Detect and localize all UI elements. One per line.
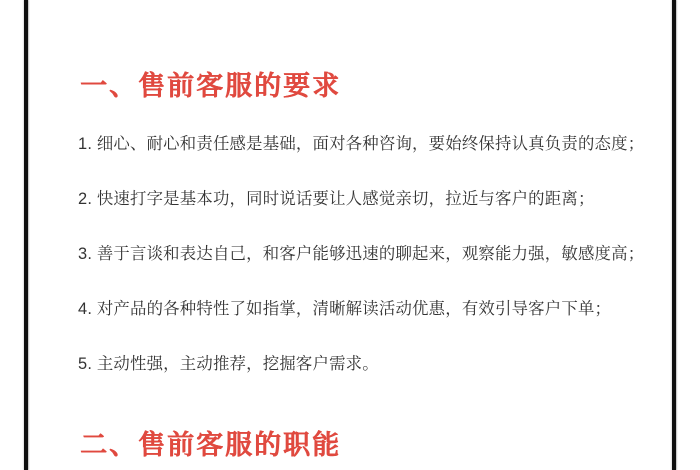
requirement-item-4: 4. 对产品的各种特性了如指掌，清晰解读活动优惠，有效引导客户下单； xyxy=(78,298,658,320)
requirement-item-1: 1. 细心、耐心和责任感是基础，面对各种咨询，要始终保持认真负责的态度； xyxy=(78,133,658,155)
document-page: 一、售前客服的要求 1. 细心、耐心和责任感是基础，面对各种咨询，要始终保持认真… xyxy=(0,0,700,470)
section-one-heading: 一、售前客服的要求 xyxy=(80,70,341,102)
left-border-line xyxy=(24,0,28,470)
requirement-item-5: 5. 主动性强，主动推荐，挖掘客户需求。 xyxy=(78,353,658,375)
right-border-line xyxy=(672,0,676,470)
requirement-item-3: 3. 善于言谈和表达自己，和客户能够迅速的聊起来，观察能力强，敏感度高； xyxy=(78,243,658,265)
section-two-heading: 二、售前客服的职能 xyxy=(80,429,341,461)
requirement-item-2: 2. 快速打字是基本功，同时说话要让人感觉亲切，拉近与客户的距离； xyxy=(78,188,658,210)
